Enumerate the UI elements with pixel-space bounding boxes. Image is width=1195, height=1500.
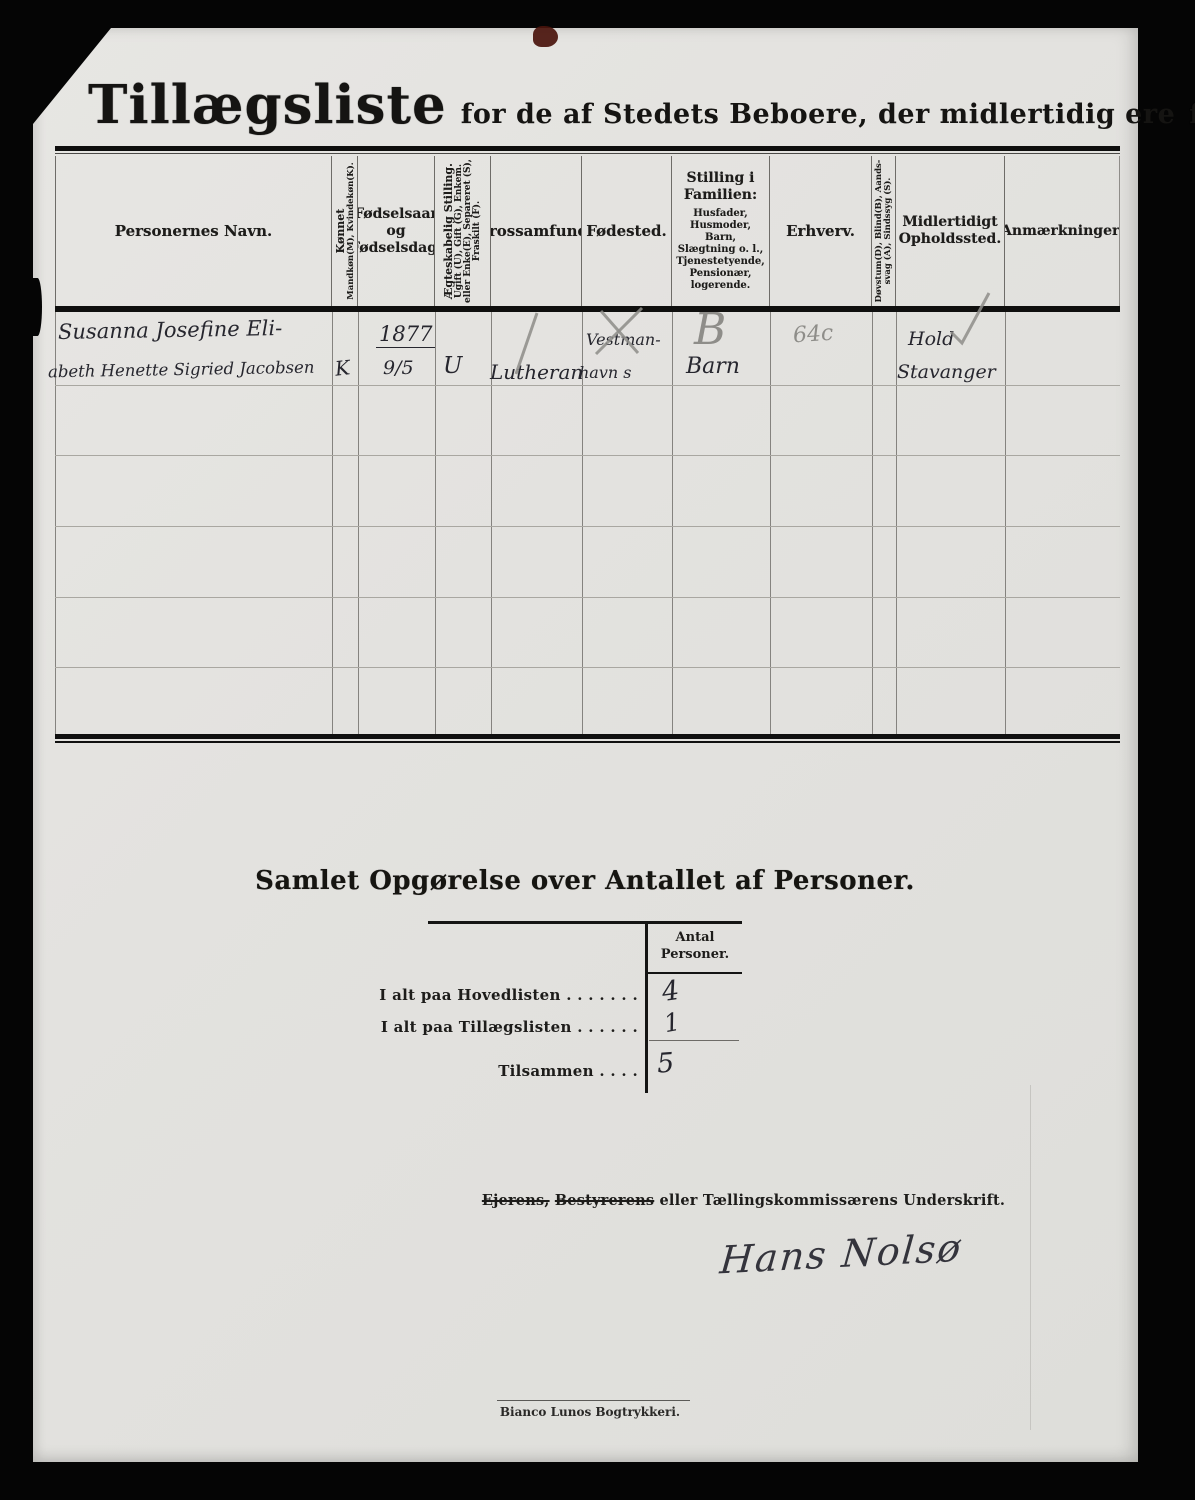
col-header-marital: Ægteskabelig Stilling. Ugift (U), Gift (…	[435, 156, 491, 306]
table-row-line	[55, 667, 1120, 668]
summary-col-header-l2: Personer.	[648, 946, 742, 963]
summary-row1-label: I alt paa Hovedlisten . . . . . . .	[300, 986, 638, 1004]
table-column-line	[358, 312, 359, 734]
printer-mark-rule	[497, 1400, 690, 1401]
entry-birthplace-line1: Vestman-	[586, 330, 661, 349]
summary-row3-label: Tilsammen . . . .	[300, 1062, 638, 1080]
entry-birthplace-line2: havn s	[579, 363, 631, 382]
col-header-family-position: Stilling i Familien: Husfader, Husmoder,…	[672, 156, 770, 306]
summary-colheader-rule	[648, 972, 742, 974]
col-header-religion: Trossamfund.	[491, 156, 582, 306]
title-rule	[55, 146, 1120, 155]
col-header-occupation-label: Erhverv.	[786, 222, 855, 240]
table-row-line	[55, 455, 1120, 456]
col-header-birthdate-l3: Fødselsdag.	[358, 240, 435, 257]
col-header-residence-l2: Opholdssted.	[899, 231, 1001, 248]
entry-birth-year: 1877	[376, 322, 435, 348]
col-header-gender-vertical: Kønnet Mandkøn(M), Kvindekøn(K).	[334, 158, 354, 304]
col-header-marital-l4: Fraskilt (F).	[473, 158, 482, 304]
page-title-main: Tillægsliste	[88, 74, 447, 136]
col-header-birthdate-l1: Fødselsaar	[358, 206, 435, 223]
entry-stay-line2: Stavanger	[897, 361, 996, 383]
col-header-gender-title: Kønnet	[334, 158, 346, 304]
col-header-name: Personernes Navn.	[55, 156, 332, 306]
page-title-rest: for de af Stedets Beboere, der midlertid…	[461, 99, 1176, 130]
table-column-line	[770, 312, 771, 734]
table-column-line	[672, 312, 673, 734]
table-bottom-rule	[55, 734, 1120, 744]
col-header-birthplace: Fødested.	[582, 156, 672, 306]
printer-mark: Bianco Lunos Bogtrykkeri.	[470, 1405, 710, 1419]
col-header-birthdate: Fødselsaar og Fødselsdag.	[358, 156, 435, 306]
entry-family-position-pencil: B	[694, 304, 726, 355]
col-header-family-title: Stilling i Familien:	[672, 170, 769, 204]
col-header-temporary-residence: Midlertidigt Opholdssted.	[896, 156, 1005, 306]
summary-row2-label: I alt paa Tillægslisten . . . . . .	[300, 1018, 638, 1036]
signature-caption-struck1: Ejerens,	[469, 1192, 550, 1209]
col-header-disabilities-l2: svag (A), Sindssyg (S).	[884, 158, 893, 304]
col-header-marital-l1: Ægteskabelig Stilling.	[443, 158, 455, 304]
summary-thin-rule	[649, 1040, 739, 1041]
entry-gender: K	[334, 355, 351, 380]
col-header-name-label: Personernes Navn.	[115, 222, 273, 240]
col-header-residence-l1: Midlertidigt	[902, 214, 997, 231]
table-row-line	[55, 526, 1120, 527]
col-header-birthplace-label: Fødested.	[586, 222, 667, 240]
entry-birth-day: 9/5	[383, 357, 414, 379]
summary-col-header-l1: Antal	[648, 929, 742, 946]
table-column-line	[435, 312, 436, 734]
col-header-birthdate-l2: og	[386, 223, 405, 240]
col-header-gender: Kønnet Mandkøn(M), Kvindekøn(K).	[332, 156, 358, 306]
page-title-emphasis: fraværende.	[1189, 99, 1195, 130]
table-column-line	[332, 312, 333, 734]
census-table-header: Personernes Navn. Kønnet Mandkøn(M), Kvi…	[55, 156, 1120, 306]
entry-family-position: Barn	[686, 354, 740, 379]
scanned-census-page: { "title": { "main": "Tillægsliste", "re…	[0, 0, 1195, 1500]
table-row-line	[55, 385, 1120, 386]
summary-top-rule	[428, 921, 742, 924]
entry-religion: Lutheran	[490, 360, 583, 384]
entry-stay-line1: Hold	[908, 328, 954, 350]
signature-caption-struck2: Bestyrerens	[555, 1192, 654, 1209]
col-header-gender-sub: Mandkøn(M), Kvindekøn(K).	[346, 158, 355, 304]
col-header-remarks: Anmærkninger.	[1005, 156, 1120, 306]
signature-caption-rest: eller Tællingskommissærens Underskrift.	[660, 1192, 1006, 1209]
paper-fold-line	[1030, 1085, 1031, 1430]
col-header-marital-vertical: Ægteskabelig Stilling. Ugift (U), Gift (…	[443, 158, 483, 304]
col-header-disabilities-vertical: Døvstum(D), Blind(B), Aands- svag (A), S…	[875, 158, 893, 304]
col-header-disabilities: Døvstum(D), Blind(B), Aands- svag (A), S…	[872, 156, 896, 306]
col-header-occupation: Erhverv.	[770, 156, 872, 306]
page-title: Tillægsliste for de af Stedets Beboere, …	[88, 74, 1118, 136]
entry-name-line1: Susanna Josefine Eli-	[58, 316, 283, 344]
entry-marital-status: U	[443, 353, 462, 379]
table-column-line	[1005, 312, 1006, 734]
summary-col-header: Antal Personer.	[648, 929, 742, 963]
col-header-family-sub: Husfader, Husmoder, Barn, Slægtning o. l…	[672, 208, 769, 292]
summary-title: Samlet Opgørelse over Antallet af Person…	[155, 866, 1015, 896]
table-row-line	[55, 597, 1120, 598]
signature-caption: Ejerens, Bestyrerens eller Tællingskommi…	[400, 1192, 1074, 1209]
col-header-religion-label: Trossamfund.	[491, 222, 582, 240]
entry-occupation-pencil: 64c	[792, 321, 834, 349]
paper-edge-notch	[33, 278, 42, 336]
col-header-remarks-label: Anmærkninger.	[1005, 223, 1120, 239]
summary-row3-value: 5	[656, 1047, 675, 1079]
table-column-line	[872, 312, 873, 734]
ink-smudge-mark	[533, 26, 558, 47]
